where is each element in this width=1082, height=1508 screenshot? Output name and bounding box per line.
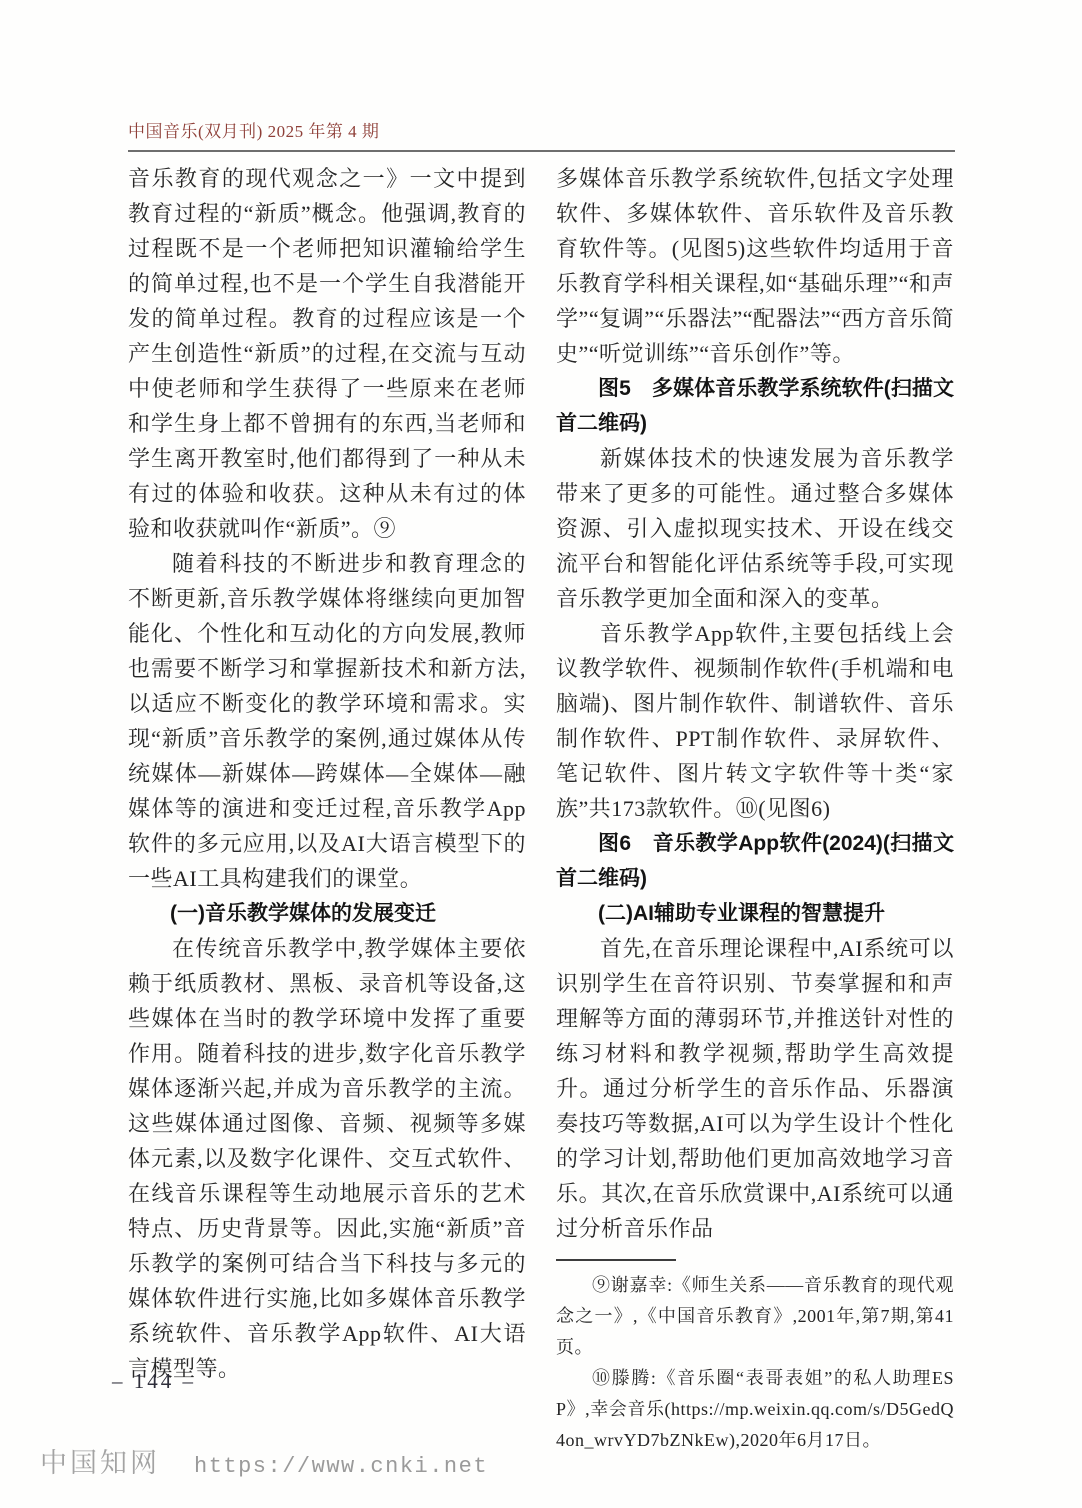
figure6-caption: 图6 音乐教学App软件(2024)(扫描文首二维码) <box>556 826 954 896</box>
footnote-block: ⑨谢嘉幸:《师生关系——音乐教育的现代观念之一》,《中国音乐教育》,2001年,… <box>556 1259 954 1456</box>
right-column: 多媒体音乐教学系统软件,包括文字处理软件、多媒体软件、音乐软件及音乐教育软件等。… <box>556 161 954 1456</box>
page-content: 中国音乐(双月刊) 2025 年第 4 期 音乐教育的现代观念之一》一文中提到教… <box>128 121 955 1456</box>
footnote-separator <box>556 1259 676 1261</box>
paragraph: 在传统音乐教学中,教学媒体主要依赖于纸质教材、黑板、录音机等设备,这些媒体在当时… <box>128 931 526 1386</box>
footnote-9: ⑨谢嘉幸:《师生关系——音乐教育的现代观念之一》,《中国音乐教育》,2001年,… <box>556 1270 954 1363</box>
cnki-site-url: https://www.cnki.net <box>194 1454 488 1479</box>
cnki-watermark: 中国知网 https://www.cnki.net <box>40 1441 488 1480</box>
paragraph: 新媒体技术的快速发展为音乐教学带来了更多的可能性。通过整合多媒体资源、引入虚拟现… <box>556 441 954 616</box>
page-number: – 144 – <box>112 1369 196 1394</box>
footnote-10: ⑩滕腾:《音乐圈“表哥表姐”的私人助理ESP》,幸会音乐(https://mp.… <box>556 1363 954 1456</box>
section-heading-1: (一)音乐教学媒体的发展变迁 <box>128 896 526 931</box>
paragraph: 首先,在音乐理论课程中,AI系统可以识别学生在音符识别、节奏掌握和和声理解等方面… <box>556 931 954 1246</box>
journal-header: 中国音乐(双月刊) 2025 年第 4 期 <box>128 121 955 143</box>
section-heading-2: (二)AI辅助专业课程的智慧提升 <box>556 896 954 931</box>
paragraph-continuation: 音乐教育的现代观念之一》一文中提到教育过程的“新质”概念。他强调,教育的过程既不… <box>128 161 526 546</box>
cnki-site-name: 中国知网 <box>40 1441 160 1480</box>
left-column: 音乐教育的现代观念之一》一文中提到教育过程的“新质”概念。他强调,教育的过程既不… <box>128 161 526 1456</box>
journal-page: 中国音乐(双月刊) 2025 年第 4 期 音乐教育的现代观念之一》一文中提到教… <box>0 0 1082 1508</box>
paragraph: 音乐教学App软件,主要包括线上会议教学软件、视频制作软件(手机端和电脑端)、图… <box>556 616 954 826</box>
figure5-caption: 图5 多媒体音乐教学系统软件(扫描文首二维码) <box>556 371 954 441</box>
two-column-layout: 音乐教育的现代观念之一》一文中提到教育过程的“新质”概念。他强调,教育的过程既不… <box>128 161 955 1456</box>
paragraph: 随着科技的不断进步和教育理念的不断更新,音乐教学媒体将继续向更加智能化、个性化和… <box>128 546 526 896</box>
paragraph-continuation: 多媒体音乐教学系统软件,包括文字处理软件、多媒体软件、音乐软件及音乐教育软件等。… <box>556 161 954 371</box>
header-rule <box>128 150 955 152</box>
